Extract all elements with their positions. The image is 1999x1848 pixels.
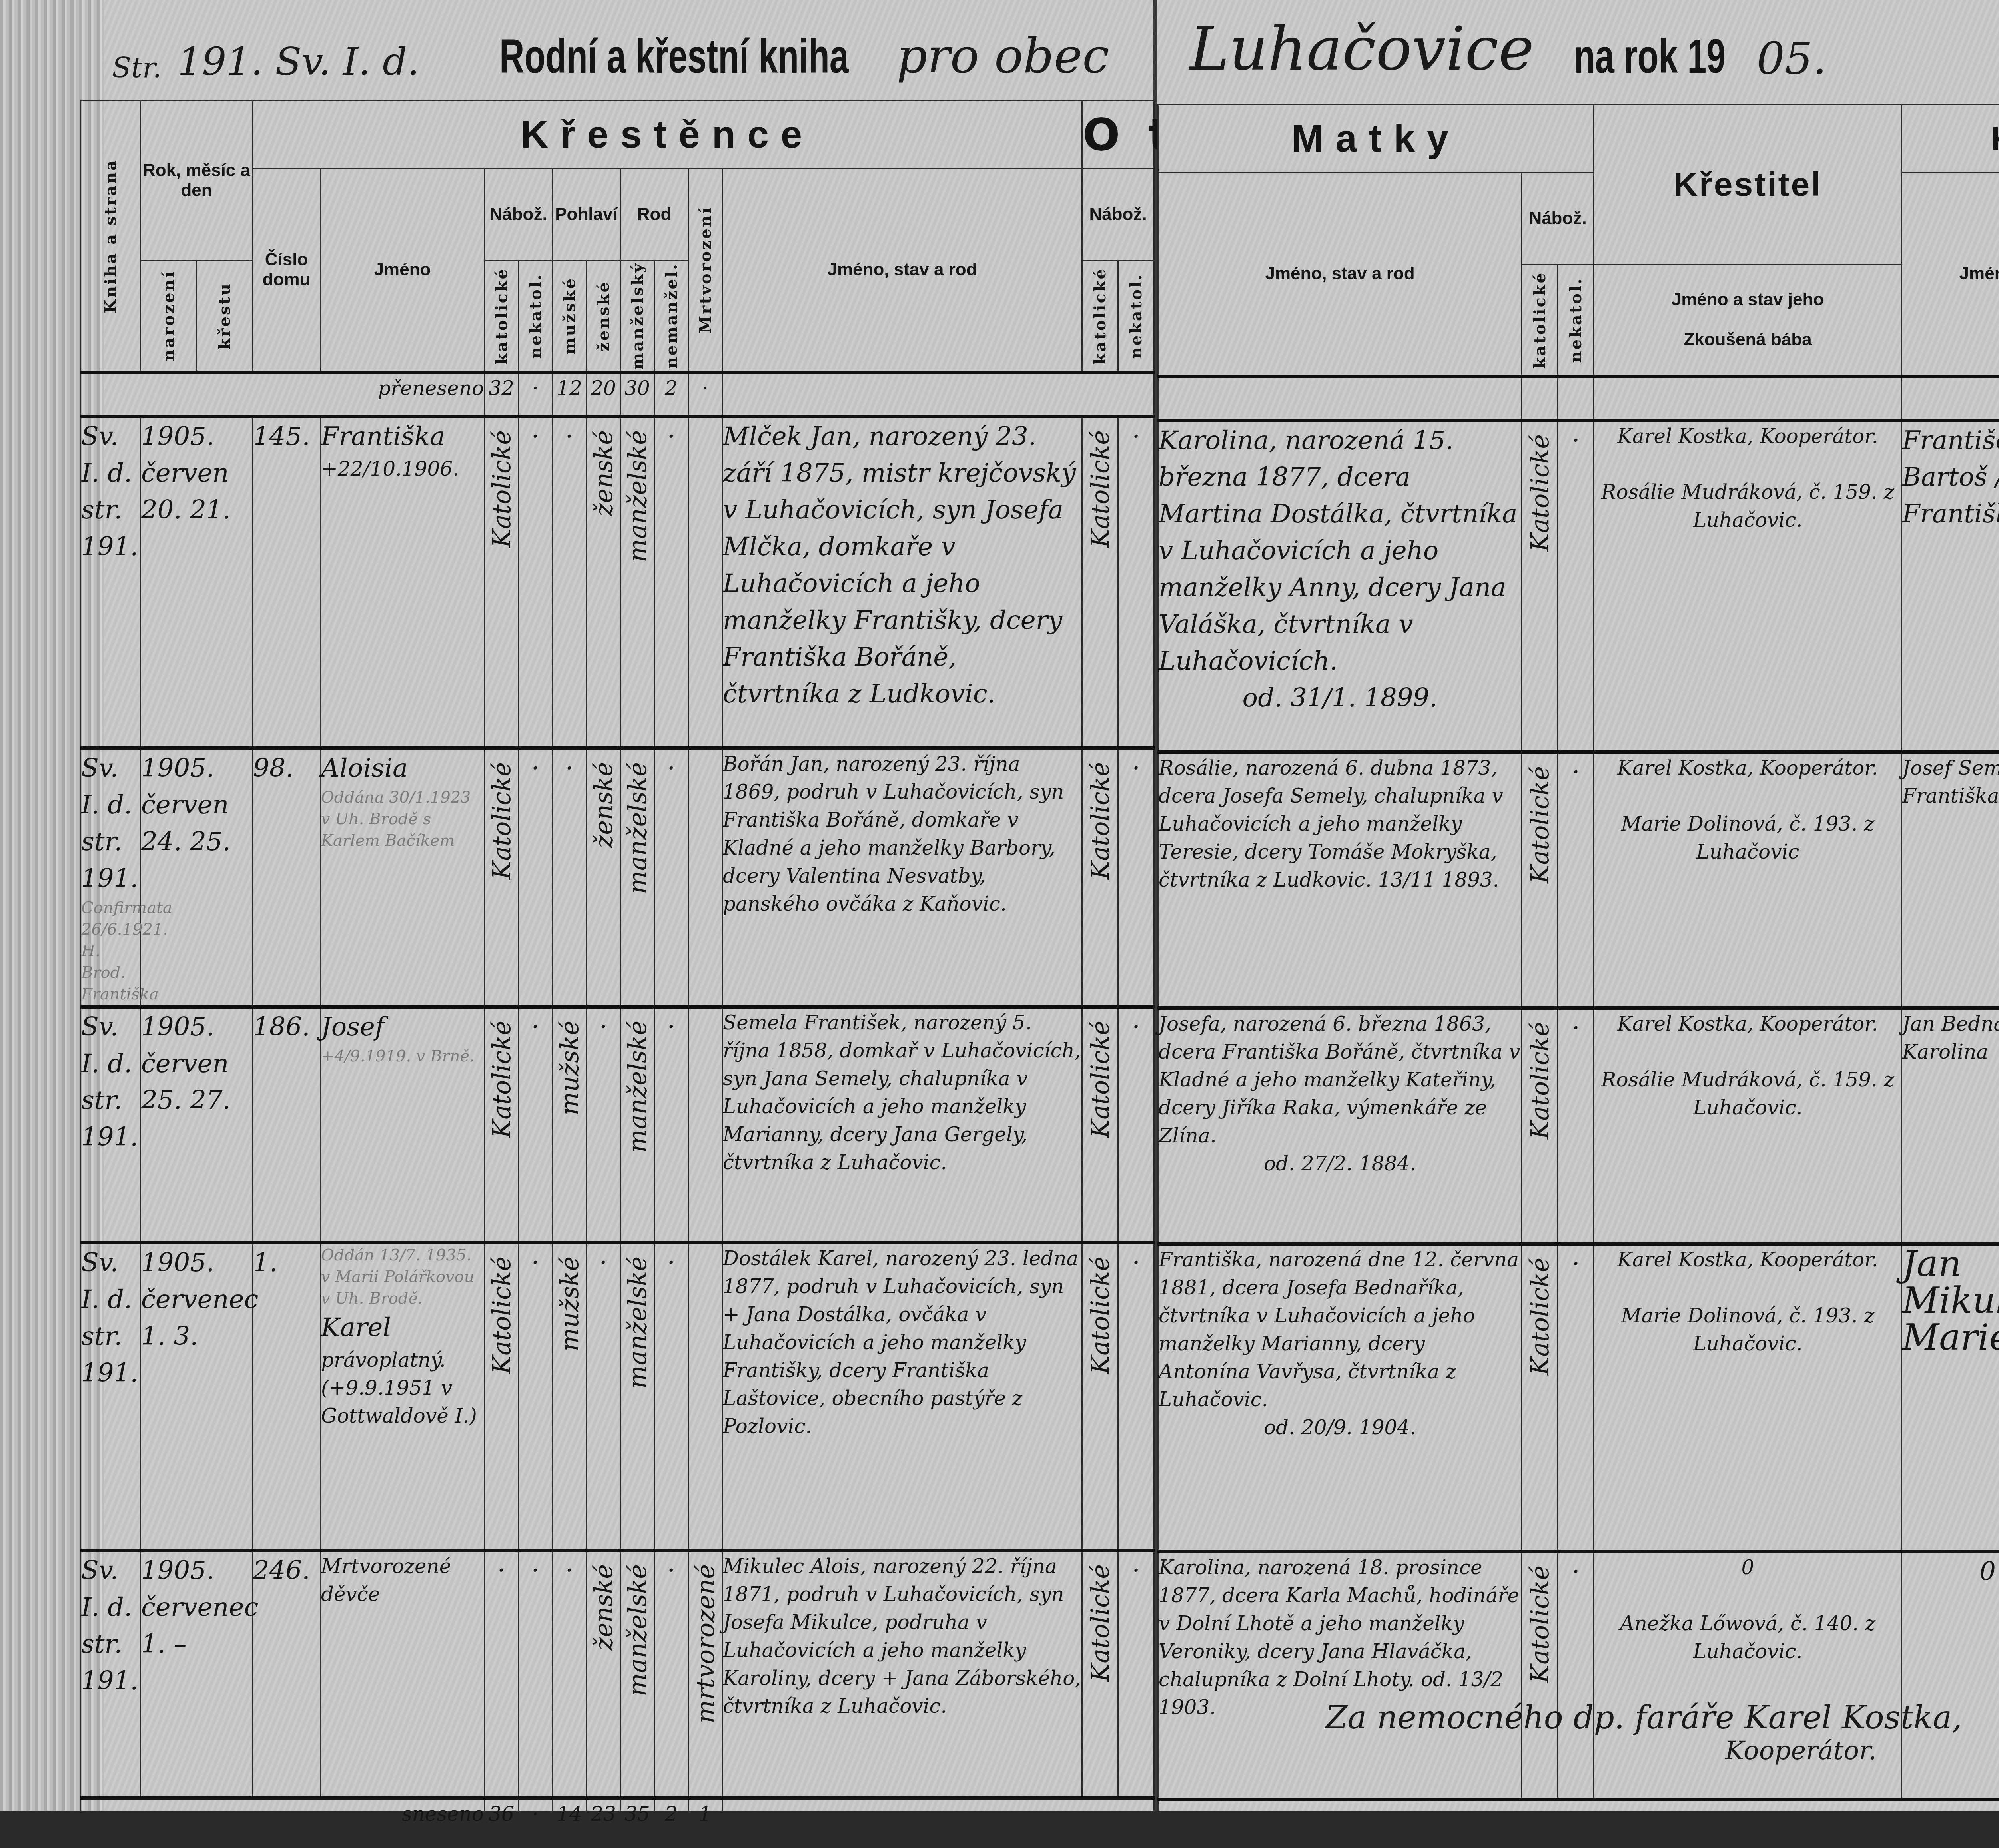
entry-name: Františka+22/10.1906. <box>321 417 485 748</box>
col-rok-mesic-den: Rok, měsíc a den <box>141 101 253 261</box>
col-naboz: Nábož. <box>485 169 553 261</box>
register-title: Rodní a křestní kniha <box>499 29 849 84</box>
col-matky-jmeno: Jméno, stav a rod <box>1158 173 1522 377</box>
col-narozeni: narození <box>141 261 197 373</box>
group-krestitel: Křestitel <box>1594 105 1902 265</box>
col-matky-nekatol: nekatol. <box>1558 265 1594 377</box>
entry-mother: Karolina, narozená 15. března 1877, dcer… <box>1158 421 1522 752</box>
group-kmotruv: Kmotrův <box>1902 105 1999 173</box>
left-page: Str. 191. Sv. I. d. Rodní a křestní knih… <box>0 0 1157 1811</box>
group-matky: Matky <box>1158 105 1594 173</box>
entry-date: 1905.červen25. 27. <box>141 1007 253 1243</box>
entry-kniha: Sv. I. d. str. 191. <box>81 417 141 748</box>
group-otce: Otce <box>1082 101 1154 169</box>
entry-godparent-name: Jan Mikulec / Marie <box>1902 1244 1999 1552</box>
entry-name: AloisiaOddána 30/1.1923 v Uh. Brodě s Ka… <box>321 748 485 1007</box>
col-otce-jmeno: Jméno, stav a rod <box>722 169 1082 373</box>
signature-block: Za nemocného dp. faráře Karel Kostka, Ko… <box>1325 1699 1962 1766</box>
entry-date: 1905.červenec1. – <box>141 1551 253 1798</box>
carried-katolicke: 32 <box>485 373 519 417</box>
entry-baptizer: Karel Kostka, Kooperátor.Rosálie Mudráko… <box>1594 421 1902 752</box>
col-matky-katolicke: katolické <box>1522 265 1558 377</box>
entry-row-4: Sv. I. d. str. 191. 1905.červenec1. 3. 1… <box>81 1243 1154 1551</box>
left-register-table: Kniha a strana Rok, měsíc a den Křestěnc… <box>80 100 1155 1811</box>
entry-row-1-right: Karolina, narozená 15. března 1877, dcer… <box>1158 421 1999 752</box>
entry-godparent-name: František Bartoš / Františka <box>1902 421 1999 752</box>
entry-row-3-right: Josefa, narozená 6. března 1863, dcera F… <box>1158 1008 1999 1244</box>
col-otce-nekatol: nekatol. <box>1118 261 1154 373</box>
entry-father: Mlček Jan, narozený 23. září 1875, mistr… <box>722 417 1082 748</box>
carried-over-label: přeneseno <box>81 373 485 417</box>
entry-baptizer: Karel Kostka, Kooperátor.Marie Dolinová,… <box>1594 752 1902 1008</box>
col-katolicke: katolické <box>485 261 519 373</box>
entry-row-2: Sv. I. d. str. 191.Confirmata 26/6.1921.… <box>81 748 1154 1007</box>
carried-nemanzel: 2 <box>654 373 688 417</box>
col-kniha-a-strana: Kniha a strana <box>81 101 141 373</box>
col-rod: Rod <box>620 169 688 261</box>
col-nekatol: nekatol. <box>519 261 553 373</box>
entry-kniha: Sv. I. d. str. 191.Confirmata 26/6.1921.… <box>81 748 141 1007</box>
page-ref-label: Str. <box>112 51 162 84</box>
entry-father: Semela František, narozený 5. října 1858… <box>722 1007 1082 1243</box>
carried-forward-label: sneseno <box>81 1798 485 1811</box>
entry-father: Mikulec Alois, narozený 22. října 1871, … <box>722 1551 1082 1798</box>
entry-name: Josef+4/9.1919. v Brně. <box>321 1007 485 1243</box>
right-title-line: Luhačovice na rok 19 05. <box>1189 24 1827 84</box>
entry-godparent-name: Jan Bednařík / Karolina <box>1902 1008 1999 1244</box>
signature-line-2: Kooperátor. <box>1725 1736 1962 1766</box>
carried-over-row: přeneseno 32 · 12 20 30 2 · <box>81 373 1154 417</box>
entry-house-number: 186. <box>253 1007 321 1243</box>
col-matky-naboz: Nábož. <box>1522 173 1594 265</box>
entry-mother: Josefa, narozená 6. března 1863, dcera F… <box>1158 1008 1522 1244</box>
entry-kniha: Sv. I. d. str. 191. <box>81 1243 141 1551</box>
entry-father: Bořán Jan, narozený 23. října 1869, podr… <box>722 748 1082 1007</box>
title-pro-obec: pro obec <box>897 28 1109 84</box>
entry-date: 1905.červenec1. 3. <box>141 1243 253 1551</box>
register-book: Str. 191. Sv. I. d. Rodní a křestní knih… <box>0 0 1999 1811</box>
entry-name: Mrtvorozené děvče <box>321 1551 485 1798</box>
col-manzelsky: manželský <box>620 261 654 373</box>
entry-mother: Františka, narozená dne 12. června 1881,… <box>1158 1244 1522 1552</box>
col-cislo-domu: Číslo domu <box>253 169 321 373</box>
col-kmotr-jmeno: Jméno <box>1902 173 1999 377</box>
carried-nekatol: · <box>519 373 553 417</box>
entry-baptizer: Karel Kostka, Kooperátor.Rosálie Mudráko… <box>1594 1008 1902 1244</box>
group-krestence: Křestěnce <box>253 101 1082 169</box>
carried-manzelsky: 30 <box>620 373 654 417</box>
col-otce-naboz: Nábož. <box>1082 169 1154 261</box>
page-ref-value: 191. Sv. I. d. <box>178 39 419 84</box>
entry-row-3: Sv. I. d. str. 191. 1905.červen25. 27. 1… <box>81 1007 1154 1243</box>
col-mrtvorozeni: Mrtvorození <box>688 169 722 373</box>
entry-father: Dostálek Karel, narozený 23. ledna 1877,… <box>722 1243 1082 1551</box>
carried-zenske: 20 <box>587 373 620 417</box>
entry-row-4-right: Františka, narozená dne 12. června 1881,… <box>1158 1244 1999 1552</box>
year-label: na rok 19 <box>1574 29 1726 84</box>
entry-kniha: Sv. I. d. str. 191. <box>81 1007 141 1243</box>
entry-house-number: 246. <box>253 1551 321 1798</box>
carried-forward-row: sneseno 36 · 14 23 35 2 1 <box>81 1798 1154 1811</box>
carried-muzske: 12 <box>553 373 587 417</box>
col-jmeno: Jméno <box>321 169 485 373</box>
right-page: Luhačovice na rok 19 05. Matky Křestitel… <box>1157 0 1999 1811</box>
col-muzske: mužské <box>553 261 587 373</box>
left-title-line: Str. 191. Sv. I. d. Rodní a křestní knih… <box>112 24 1109 84</box>
entry-row-1: Sv. I. d. str. 191. 1905.červen20. 21. 1… <box>81 417 1154 748</box>
col-pohlavi: Pohlaví <box>553 169 620 261</box>
entry-date: 1905.červen20. 21. <box>141 417 253 748</box>
entry-baptizer: Karel Kostka, Kooperátor.Marie Dolinová,… <box>1594 1244 1902 1552</box>
signature-line-1: Za nemocného dp. faráře Karel Kostka, <box>1325 1699 1962 1736</box>
entry-godparent-name: Josef Semela / Františka <box>1902 752 1999 1008</box>
col-otce-katolicke: katolické <box>1082 261 1118 373</box>
entry-mother: Rosálie, narozená 6. dubna 1873, dcera J… <box>1158 752 1522 1008</box>
entry-date: 1905.červen24. 25. <box>141 748 253 1007</box>
entry-name: Oddán 13/7. 1935. v Marii Polářkovou v U… <box>321 1243 485 1551</box>
entry-house-number: 98. <box>253 748 321 1007</box>
col-zenske: ženské <box>587 261 620 373</box>
entry-row-2-right: Rosálie, narozená 6. dubna 1873, dcera J… <box>1158 752 1999 1008</box>
col-krestu: křestu <box>197 261 253 373</box>
col-nemanzel: nemanžel. <box>654 261 688 373</box>
entry-kniha: Sv. I. d. str. 191. <box>81 1551 141 1798</box>
right-register-table: Matky Křestitel Kmotrův Jméno, stav a ro… <box>1157 104 1999 1811</box>
parish-name: Luhačovice <box>1189 14 1534 84</box>
entry-house-number: 1. <box>253 1243 321 1551</box>
entry-house-number: 145. <box>253 417 321 748</box>
col-krestitel-sub: Jméno a stav jehoZkoušená bába <box>1594 265 1902 377</box>
carried-mrtvorozeni: · <box>688 373 722 417</box>
entry-row-5: Sv. I. d. str. 191. 1905.červenec1. – 24… <box>81 1551 1154 1798</box>
year-value: 05. <box>1757 33 1827 84</box>
